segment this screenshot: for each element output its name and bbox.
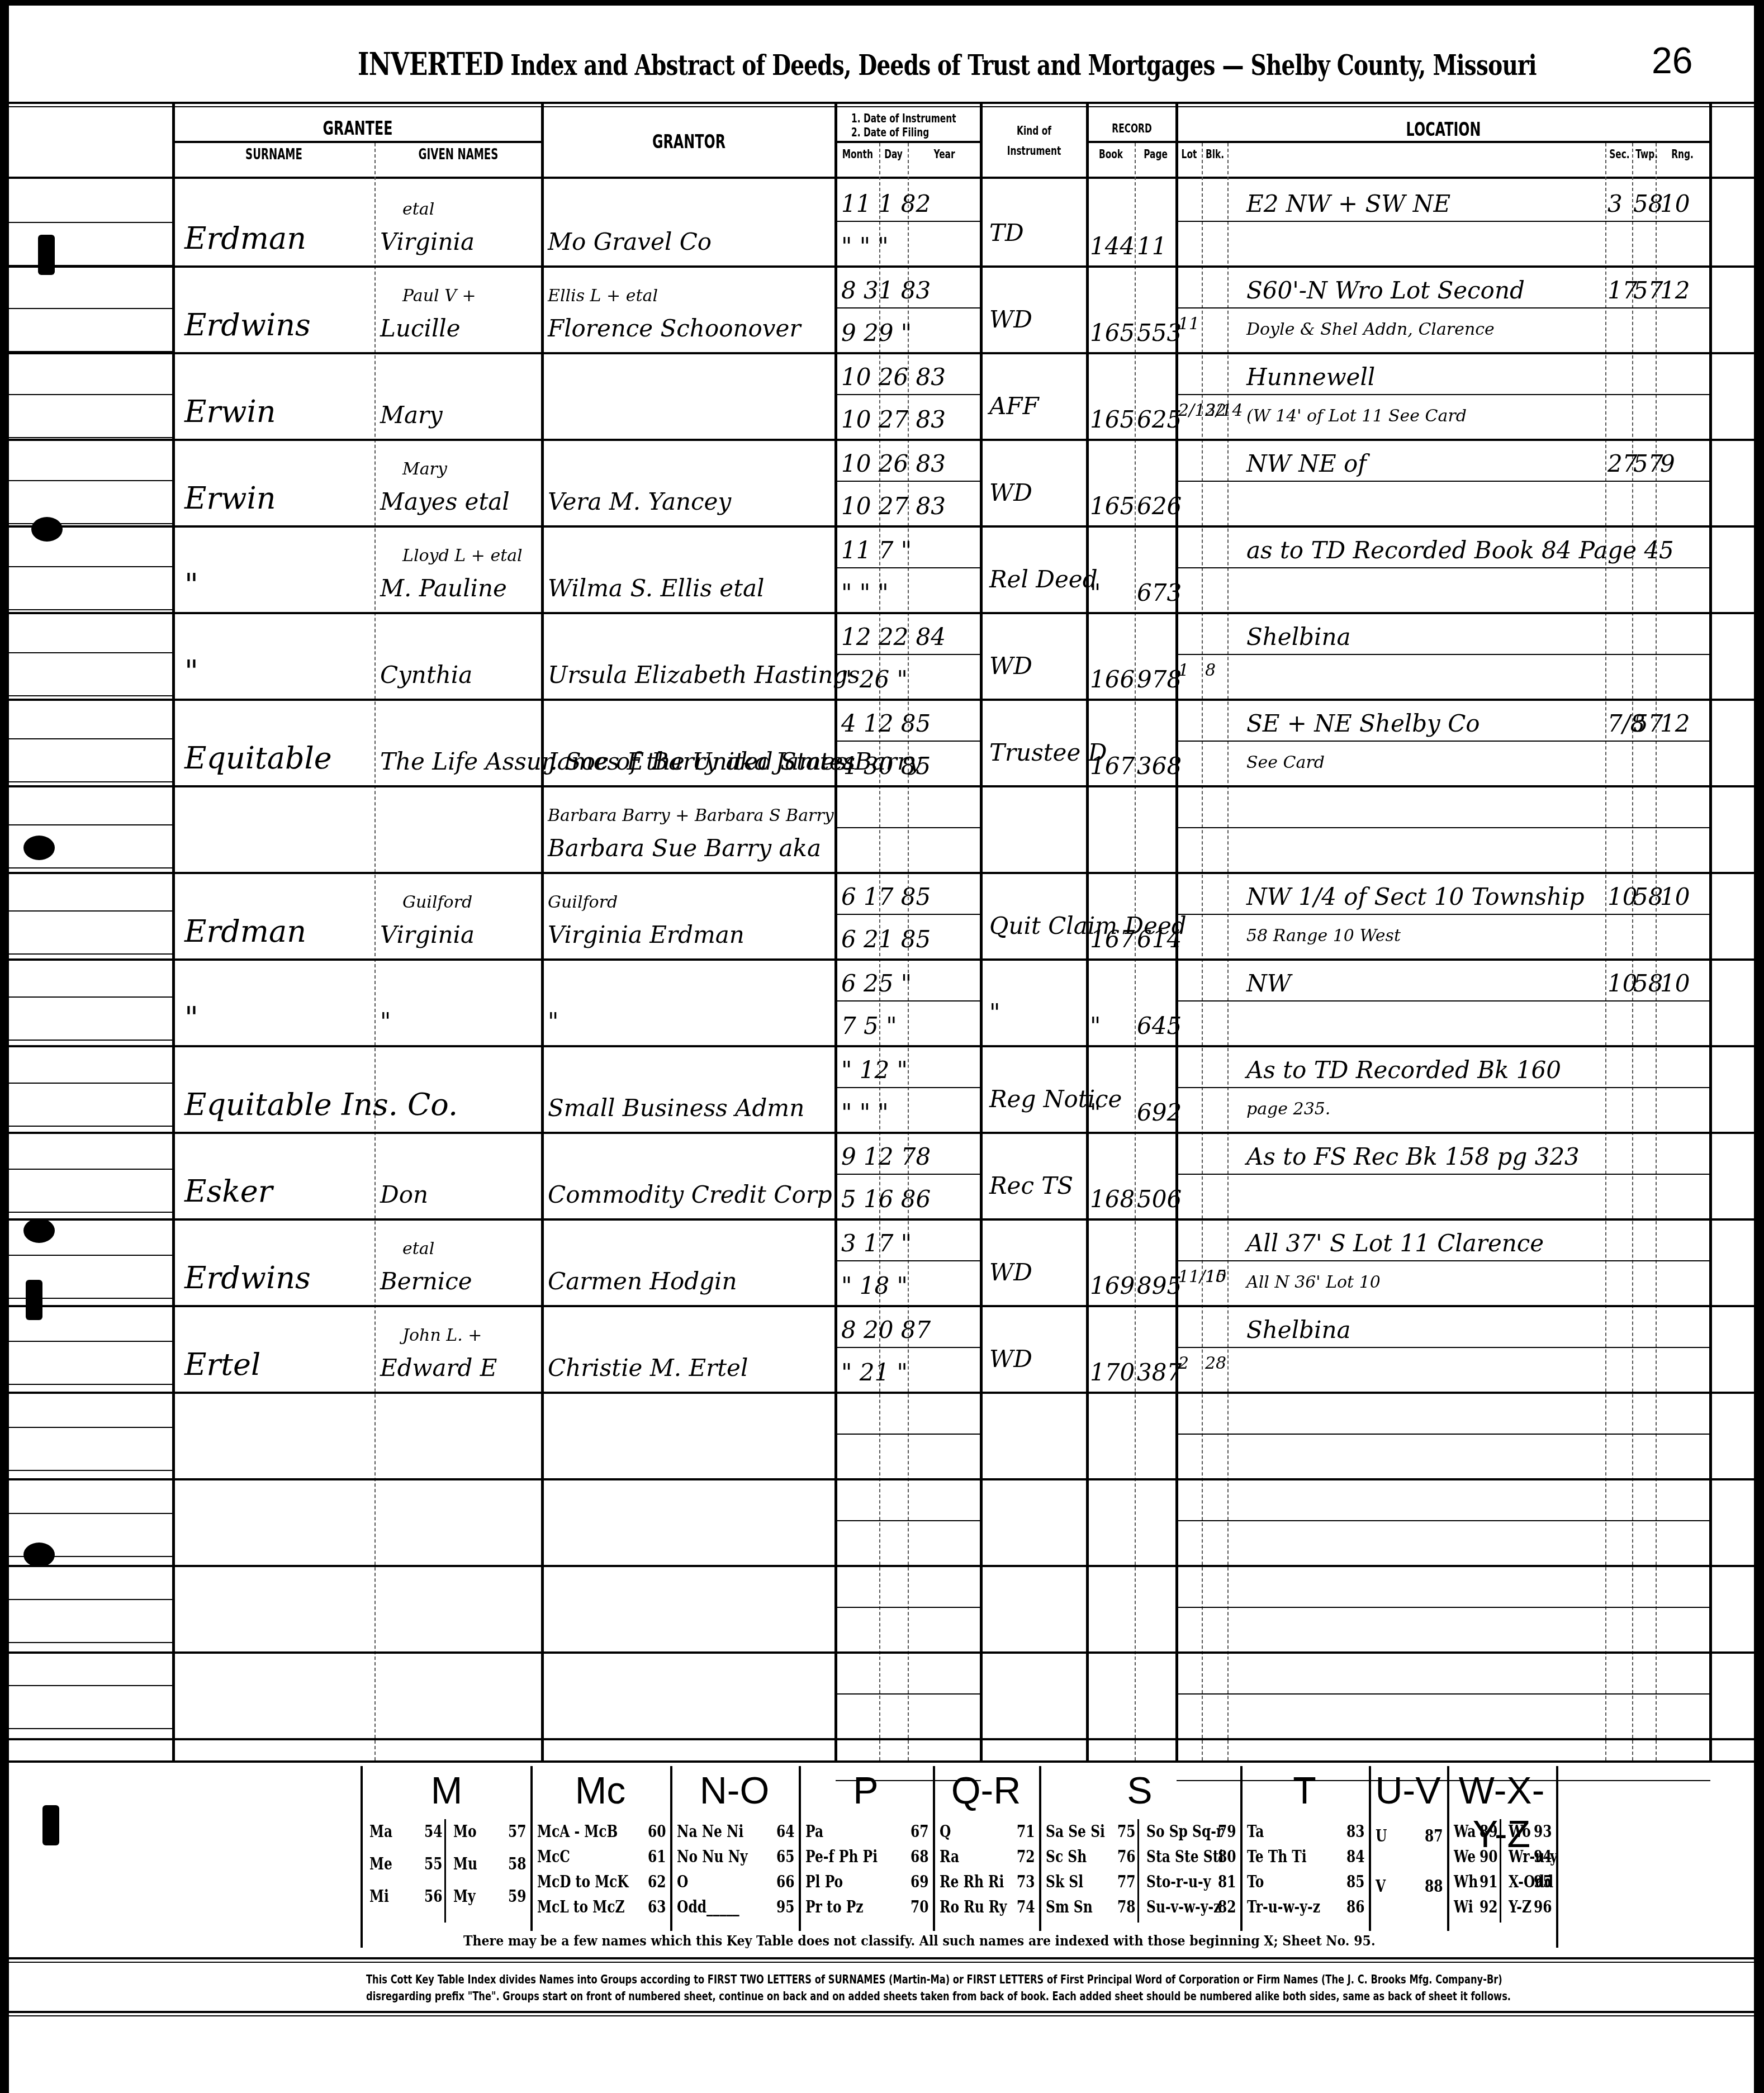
- header-sec: Sec.: [1609, 148, 1628, 162]
- key-item-label: Y-Z: [1509, 1897, 1531, 1917]
- row-divider: [9, 612, 1754, 614]
- sub-row-divider: [1177, 1087, 1710, 1088]
- sub-row-divider: [836, 654, 981, 655]
- kind-of-instrument: Trustee D: [989, 741, 1107, 765]
- key-item-sheet-number: 93: [1534, 1822, 1552, 1842]
- header-given-names: GIVEN NAMES: [400, 146, 517, 163]
- record-book: 169: [1090, 1274, 1135, 1298]
- key-item-sheet-number: 95: [1534, 1872, 1552, 1892]
- record-page: 625: [1137, 408, 1182, 431]
- key-item-sheet-number: 77: [1117, 1872, 1136, 1892]
- sub-row-divider: [1177, 481, 1710, 482]
- margin-line: [9, 523, 172, 524]
- record-page: 614: [1137, 928, 1182, 951]
- table-bottom-rule: [9, 1760, 1754, 1763]
- key-item-sheet-number: 82: [1218, 1897, 1236, 1917]
- grantor-name: Barbara Sue Barry aka: [548, 837, 821, 860]
- date-of-filing: " " ": [841, 1101, 889, 1124]
- date-of-instrument: 8 31 83: [841, 279, 931, 302]
- key-item-sheet-number: 80: [1218, 1847, 1236, 1867]
- key-item-sheet-number: 74: [1017, 1897, 1035, 1917]
- record-page: 673: [1137, 581, 1182, 605]
- kind-of-instrument: WD: [989, 1347, 1032, 1371]
- header-blk: Blk.: [1206, 148, 1224, 162]
- margin-line: [9, 1470, 172, 1471]
- key-item-sheet-number: 70: [911, 1897, 929, 1917]
- record-book: 165: [1090, 321, 1135, 345]
- margin-line: [9, 1126, 172, 1127]
- key-item-sheet-number: 65: [776, 1847, 795, 1867]
- grantee-surname: Erdwins: [184, 1263, 311, 1293]
- kind-of-instrument: AFF: [989, 395, 1039, 418]
- key-item-label: Me: [369, 1854, 392, 1874]
- key-item-sheet-number: 96: [1534, 1897, 1552, 1917]
- record-page: 895: [1137, 1274, 1182, 1298]
- punch-hole-icon: [23, 1218, 55, 1243]
- record-page: 978: [1137, 668, 1182, 691]
- location-twp: 57: [1633, 452, 1663, 476]
- key-group-q-r: Q-RQ71Ra72Re Rh Ri73Ro Ru Ry74: [933, 1766, 1041, 1931]
- kind-of-instrument: Reg Notice: [989, 1088, 1122, 1111]
- key-item-label: Su-v-w-y-z: [1146, 1897, 1221, 1917]
- date-of-filing: 6 21 85: [841, 928, 931, 951]
- key-item-label: U: [1376, 1826, 1387, 1846]
- record-page: 368: [1137, 754, 1182, 778]
- sub-row-divider: [1177, 827, 1710, 828]
- record-book: 168: [1090, 1188, 1135, 1211]
- key-group-heading: U-V: [1369, 1769, 1447, 1812]
- key-item-label: Mo: [453, 1822, 477, 1842]
- sub-row-divider: [836, 1087, 981, 1088]
- date-of-instrument: 11 7 ": [841, 539, 912, 562]
- margin-line: [9, 781, 172, 782]
- header-grantor: GRANTOR: [586, 131, 792, 153]
- grantee-given-note: Lloyd L + etal: [402, 548, 523, 564]
- title-text: Index and Abstract of Deeds, Deeds of Tr…: [510, 49, 1536, 82]
- key-item-sheet-number: 86: [1346, 1897, 1365, 1917]
- location-description: S60'-N Wro Lot Second: [1246, 279, 1525, 302]
- grantee-surname: ": [184, 570, 198, 600]
- key-group-mc: McMcA - McB60McC61McD to McK62McL to McZ…: [530, 1766, 672, 1931]
- row-divider: [9, 525, 1754, 528]
- header-rng: Rng.: [1663, 148, 1701, 162]
- margin-line: [9, 953, 172, 955]
- key-item-sheet-number: 84: [1346, 1847, 1365, 1867]
- key-item-sheet-number: 73: [1017, 1872, 1035, 1892]
- grantee-given-note: etal: [402, 201, 434, 218]
- kind-of-instrument: WD: [989, 481, 1032, 505]
- key-bottom-rule-thin: [9, 1962, 1754, 1963]
- key-item-sheet-number: 62: [648, 1872, 666, 1892]
- grantee-subrule: [173, 141, 542, 143]
- location-description-2: See Card: [1246, 754, 1325, 771]
- grantor-name: Ursula Elizabeth Hastings: [548, 663, 860, 687]
- margin-line: [9, 1427, 172, 1428]
- key-item-sheet-number: 85: [1346, 1872, 1365, 1892]
- key-item-sheet-number: 83: [1346, 1822, 1365, 1842]
- key-item-sheet-number: 81: [1218, 1872, 1236, 1892]
- location-twp: 58: [1633, 972, 1663, 995]
- sub-row-divider: [836, 481, 981, 482]
- kind-of-instrument: WD: [989, 1261, 1032, 1284]
- key-group-heading: N-O: [670, 1769, 799, 1812]
- location-blk: 8: [1205, 662, 1216, 679]
- date-of-instrument: 6 17 85: [841, 885, 931, 909]
- key-item-label: My: [453, 1887, 475, 1906]
- key-item-sheet-number: 79: [1218, 1822, 1236, 1842]
- col-dash: [1656, 143, 1657, 1760]
- header-page: Page: [1141, 148, 1170, 162]
- sub-row-divider: [1177, 1174, 1710, 1175]
- key-group-s: SSa Se Si75Sc Sh76Sk Sl77Sm Sn78So Sp Sq…: [1039, 1766, 1243, 1931]
- date-of-instrument: 8 20 87: [841, 1318, 931, 1342]
- date-of-instrument: " 12 ": [841, 1059, 908, 1082]
- sub-row-divider: [836, 1434, 981, 1435]
- location-description: E2 NW + SW NE: [1246, 192, 1450, 216]
- binder-slot-icon: [42, 1805, 59, 1845]
- key-item-sheet-number: 56: [424, 1887, 443, 1906]
- key-item-label: Sto-r-u-y: [1146, 1872, 1211, 1892]
- location-description-2: 58 Range 10 West: [1246, 928, 1401, 945]
- sub-row-divider: [1177, 1347, 1710, 1348]
- key-item-label: Pa: [805, 1822, 823, 1842]
- grantee-surname: Erdwins: [184, 310, 311, 340]
- grantor-name: ": [548, 1010, 558, 1033]
- page-number: 26: [1652, 39, 1692, 82]
- grantee-given-note: Guilford: [402, 894, 472, 911]
- kind-of-instrument: Rel Deed: [989, 568, 1098, 591]
- key-item-sheet-number: 66: [776, 1872, 795, 1892]
- scan-border-top: [0, 0, 1764, 6]
- location-rng: 10: [1660, 972, 1690, 995]
- grantor-name: Small Business Admn: [548, 1097, 804, 1120]
- margin-line: [9, 351, 172, 352]
- key-group-m: MMa54Me55Mi56Mo57Mu58My59: [363, 1766, 533, 1931]
- margin-line: [9, 1255, 172, 1256]
- location-description-2: (W 14' of Lot 11 See Card: [1246, 408, 1467, 425]
- key-item-label: V: [1376, 1877, 1386, 1896]
- margin-line: [9, 824, 172, 825]
- header-date-filing: 2. Date of Filing: [836, 126, 953, 140]
- grantee-given-note: Paul V +: [402, 288, 476, 305]
- location-rng: 10: [1660, 192, 1690, 216]
- key-item-label: Pe-f Ph Pi: [805, 1847, 878, 1867]
- margin-line: [9, 652, 172, 653]
- footer-rule-thin: [9, 2015, 1754, 2016]
- key-item-label: We: [1454, 1847, 1476, 1867]
- record-book: 165: [1090, 408, 1135, 431]
- key-item-label: Ra: [940, 1847, 959, 1867]
- grantor-name: Carmen Hodgin: [548, 1270, 737, 1293]
- grantee-surname: Erdman: [184, 224, 306, 254]
- key-item-label: McL to McZ: [537, 1897, 625, 1917]
- margin-line: [9, 566, 172, 567]
- key-item-sheet-number: 64: [776, 1822, 795, 1842]
- margin-line: [9, 480, 172, 481]
- header-bottom-rule: [9, 177, 1754, 179]
- margin-line: [9, 1685, 172, 1686]
- key-item-label: So Sp Sq-r: [1146, 1822, 1223, 1842]
- col-dash: [374, 143, 376, 1760]
- sub-row-divider: [1177, 1607, 1710, 1608]
- key-item-label: Tr-u-w-y-z: [1247, 1897, 1320, 1917]
- grantee-given-names: Mayes etal: [380, 490, 510, 514]
- record-book: ": [1090, 1014, 1101, 1038]
- location-lot: 11: [1178, 316, 1199, 333]
- sub-row-divider: [836, 741, 981, 742]
- location-rng: 9: [1660, 452, 1675, 476]
- margin-line: [9, 1169, 172, 1170]
- key-subdivider: [444, 1819, 446, 1923]
- col-dash: [1135, 143, 1136, 1760]
- key-item-sheet-number: 91: [1480, 1872, 1498, 1892]
- key-item-label: Mi: [369, 1887, 389, 1906]
- header-surname: SURNAME: [203, 146, 344, 163]
- grantor-note: Guilford: [548, 894, 618, 911]
- sub-row-divider: [1177, 654, 1710, 655]
- key-bottom-rule: [9, 1957, 1754, 1959]
- date-of-instrument: 11 1 82: [841, 192, 931, 216]
- record-subrule: [1087, 141, 1177, 143]
- location-description: Shelbina: [1246, 1318, 1351, 1342]
- grantee-given-names: Virginia: [380, 230, 475, 254]
- sub-row-divider: [836, 1347, 981, 1348]
- sub-row-divider: [836, 1000, 981, 1002]
- key-item-label: Re Rh Ri: [940, 1872, 1004, 1892]
- location-twp: 58: [1633, 885, 1663, 909]
- date-of-instrument: 10 26 83: [841, 366, 946, 389]
- key-item-label: O: [677, 1872, 688, 1892]
- key-item-label: Wo: [1509, 1822, 1531, 1842]
- grantor-note: Ellis L + etal: [548, 288, 658, 305]
- row-divider: [9, 265, 1754, 268]
- grantee-surname: Equitable Ins. Co.: [184, 1090, 458, 1120]
- location-rng: 12: [1660, 712, 1690, 735]
- record-book: 170: [1090, 1361, 1135, 1384]
- grantee-surname: ": [184, 1003, 198, 1033]
- grantor-note: Barbara Barry + Barbara S Barry: [548, 808, 834, 824]
- date-of-instrument: 6 25 ": [841, 972, 912, 995]
- margin-line: [9, 1298, 172, 1299]
- row-divider: [9, 1218, 1754, 1221]
- grantee-given-names: Lucille: [380, 317, 461, 340]
- date-of-filing: 7 5 ": [841, 1014, 897, 1038]
- row-divider: [9, 352, 1754, 354]
- key-item-sheet-number: 94: [1534, 1847, 1552, 1867]
- row-divider: [9, 1478, 1754, 1480]
- grantee-given-names: Edward E: [380, 1356, 497, 1380]
- header-twp: Twp.: [1635, 148, 1652, 162]
- sub-row-divider: [836, 567, 981, 568]
- sub-row-divider: [1177, 567, 1710, 568]
- header-book: Book: [1094, 148, 1128, 162]
- location-description-2: All N 36' Lot 10: [1246, 1274, 1381, 1291]
- grantee-surname: Erwin: [184, 397, 276, 427]
- location-blk: 28: [1205, 1355, 1226, 1372]
- grantee-given-names: Cynthia: [380, 663, 472, 687]
- record-book: 167: [1090, 754, 1135, 778]
- sub-row-divider: [1177, 307, 1710, 309]
- row-divider: [9, 872, 1754, 874]
- key-group-heading: M: [363, 1769, 530, 1812]
- sub-row-divider: [836, 1520, 981, 1521]
- col-dash: [1227, 143, 1229, 1760]
- date-of-filing: 9 29 ": [841, 321, 912, 345]
- grantee-given-note: Mary: [402, 461, 447, 478]
- location-description: As to TD Recorded Bk 160: [1246, 1059, 1561, 1082]
- key-item-sheet-number: 58: [508, 1854, 527, 1874]
- sub-row-divider: [1177, 394, 1710, 395]
- key-item-label: Ta: [1247, 1822, 1264, 1842]
- row-divider: [9, 1651, 1754, 1654]
- key-item-label: Sa Se Si: [1046, 1822, 1105, 1842]
- header-kind-of: Kind of: [997, 124, 1071, 138]
- margin-line: [9, 1599, 172, 1600]
- scan-border-right: [1754, 0, 1764, 2093]
- binder-slot-icon: [38, 235, 55, 275]
- punch-hole-icon: [23, 1543, 55, 1567]
- date-of-instrument: 3 17 ": [841, 1232, 912, 1255]
- key-group-heading: S: [1039, 1769, 1240, 1812]
- grantor-name: Florence Schoonover: [548, 317, 800, 340]
- sub-row-divider: [1177, 1260, 1710, 1261]
- sub-row-divider: [1177, 1693, 1710, 1695]
- date-of-instrument: 12 22 84: [841, 625, 946, 649]
- header-record: RECORD: [1101, 122, 1163, 136]
- key-item-label: To: [1247, 1872, 1264, 1892]
- grantor-name: Commodity Credit Corp: [548, 1183, 832, 1207]
- sub-row-divider: [1177, 1000, 1710, 1002]
- grantor-name: Christie M. Ertel: [548, 1356, 748, 1380]
- margin-line: [9, 609, 172, 610]
- header-year: Year: [919, 148, 970, 162]
- sub-row-divider: [836, 221, 981, 222]
- sub-row-divider: [836, 1174, 981, 1175]
- top-rule: [9, 102, 1754, 104]
- key-note: There may be a few names which this Key …: [463, 1933, 1376, 1949]
- record-page: 645: [1137, 1014, 1182, 1038]
- date-of-instrument: 4 12 85: [841, 712, 931, 735]
- footer-line-1: This Cott Key Table Index divides Names …: [366, 1972, 1511, 1988]
- location-description: NW NE of: [1246, 452, 1367, 476]
- location-rng: 10: [1660, 885, 1690, 909]
- sub-row-divider: [1177, 741, 1710, 742]
- key-item-label: McD to McK: [537, 1872, 629, 1892]
- key-group-heading: W-X-Y-Z: [1447, 1769, 1556, 1856]
- key-subdivider: [1500, 1819, 1501, 1923]
- margin-line: [9, 1212, 172, 1213]
- date-of-filing: 5 16 86: [841, 1188, 931, 1211]
- record-book: 144: [1090, 235, 1135, 258]
- margin-line: [9, 394, 172, 395]
- location-sec: 3: [1607, 192, 1623, 216]
- location-description-2: page 235.: [1246, 1101, 1330, 1118]
- key-item-sheet-number: 69: [911, 1872, 929, 1892]
- grantee-surname: Esker: [184, 1176, 273, 1207]
- kind-of-instrument: WD: [989, 308, 1032, 331]
- key-item-label: Sta Ste Sti: [1146, 1847, 1224, 1867]
- grantee-given-names: M. Pauline: [380, 577, 507, 600]
- grantee-surname: Ertel: [184, 1350, 260, 1380]
- header-month: Month: [842, 148, 873, 162]
- record-page: 506: [1137, 1188, 1182, 1211]
- key-item-sheet-number: 67: [911, 1822, 929, 1842]
- row-divider: [9, 1132, 1754, 1134]
- margin-line: [9, 1083, 172, 1084]
- date-of-filing: 4 30 85: [841, 754, 931, 778]
- key-item-sheet-number: 95: [776, 1897, 795, 1917]
- grantee-given-note: etal: [402, 1241, 434, 1257]
- key-item-sheet-number: 89: [1480, 1822, 1498, 1842]
- key-item-sheet-number: 75: [1117, 1822, 1136, 1842]
- key-item-label: Ma: [369, 1822, 392, 1842]
- key-item-sheet-number: 68: [911, 1847, 929, 1867]
- location-blk: 22: [1205, 402, 1226, 419]
- footer-line-2: disregarding prefix "The". Groups start …: [366, 1988, 1511, 2005]
- row-divider: [9, 1392, 1754, 1394]
- sub-row-divider: [836, 914, 981, 915]
- grantor-name: Wilma S. Ellis etal: [548, 577, 765, 600]
- record-page: 553: [1137, 321, 1182, 345]
- grantee-given-names: Bernice: [380, 1270, 472, 1293]
- top-rule-thin: [9, 106, 1754, 107]
- location-rng: 12: [1660, 279, 1690, 302]
- grantee-surname: Erwin: [184, 483, 276, 514]
- date-of-filing: " 21 ": [841, 1361, 908, 1384]
- grantee-surname: Erdman: [184, 917, 306, 947]
- row-divider: [9, 1045, 1754, 1047]
- key-item-label: Odd_____: [677, 1897, 739, 1917]
- row-divider: [9, 699, 1754, 701]
- margin-line: [9, 1556, 172, 1557]
- col-dash: [1632, 143, 1633, 1760]
- binder-slot-icon: [26, 1280, 42, 1320]
- key-item-label: Sc Sh: [1046, 1847, 1087, 1867]
- key-group-t: TTa83Te Th Ti84To85Tr-u-w-y-z86: [1240, 1766, 1371, 1931]
- location-description: Hunnewell: [1246, 366, 1375, 389]
- location-description: All 37' S Lot 11 Clarence: [1246, 1232, 1544, 1255]
- margin-line: [9, 437, 172, 438]
- key-item-sheet-number: 55: [424, 1854, 443, 1874]
- record-page: 692: [1137, 1101, 1182, 1124]
- location-twp: 57: [1633, 712, 1663, 735]
- record-book: 165: [1090, 495, 1135, 518]
- key-group-w-x-y-z: W-X-Y-ZWa89We90Wh91Wi92Wo93Wr-u-y94X-Odd…: [1447, 1766, 1556, 1931]
- key-item-label: Wi: [1454, 1897, 1473, 1917]
- sub-row-divider: [836, 827, 981, 828]
- location-description: Shelbina: [1246, 625, 1351, 649]
- location-blk: 15: [1205, 1269, 1226, 1285]
- header-instrument: Instrument: [997, 144, 1071, 158]
- sub-row-divider: [1177, 1520, 1710, 1521]
- record-book: 167: [1090, 928, 1135, 951]
- header-day: Day: [884, 148, 904, 162]
- key-item-label: Te Th Ti: [1247, 1847, 1307, 1867]
- grantee-surname: ": [184, 657, 198, 687]
- location-description-2: Doyle & Shel Addn, Clarence: [1246, 321, 1495, 338]
- key-item-sheet-number: 72: [1017, 1847, 1035, 1867]
- key-item-label: McA - McB: [537, 1822, 618, 1842]
- key-group-heading: Mc: [530, 1769, 670, 1812]
- key-table: MMa54Me55Mi56Mo57Mu58My59McMcA - McB60Mc…: [361, 1766, 1558, 1948]
- grantor-name: Virginia Erdman: [548, 923, 745, 947]
- row-divider: [9, 1565, 1754, 1567]
- key-item-sheet-number: 87: [1425, 1826, 1443, 1846]
- sub-row-divider: [836, 307, 981, 309]
- key-item-label: Sm Sn: [1046, 1897, 1093, 1917]
- date-of-filing: " 26 ": [841, 668, 908, 691]
- key-item-sheet-number: 60: [648, 1822, 666, 1842]
